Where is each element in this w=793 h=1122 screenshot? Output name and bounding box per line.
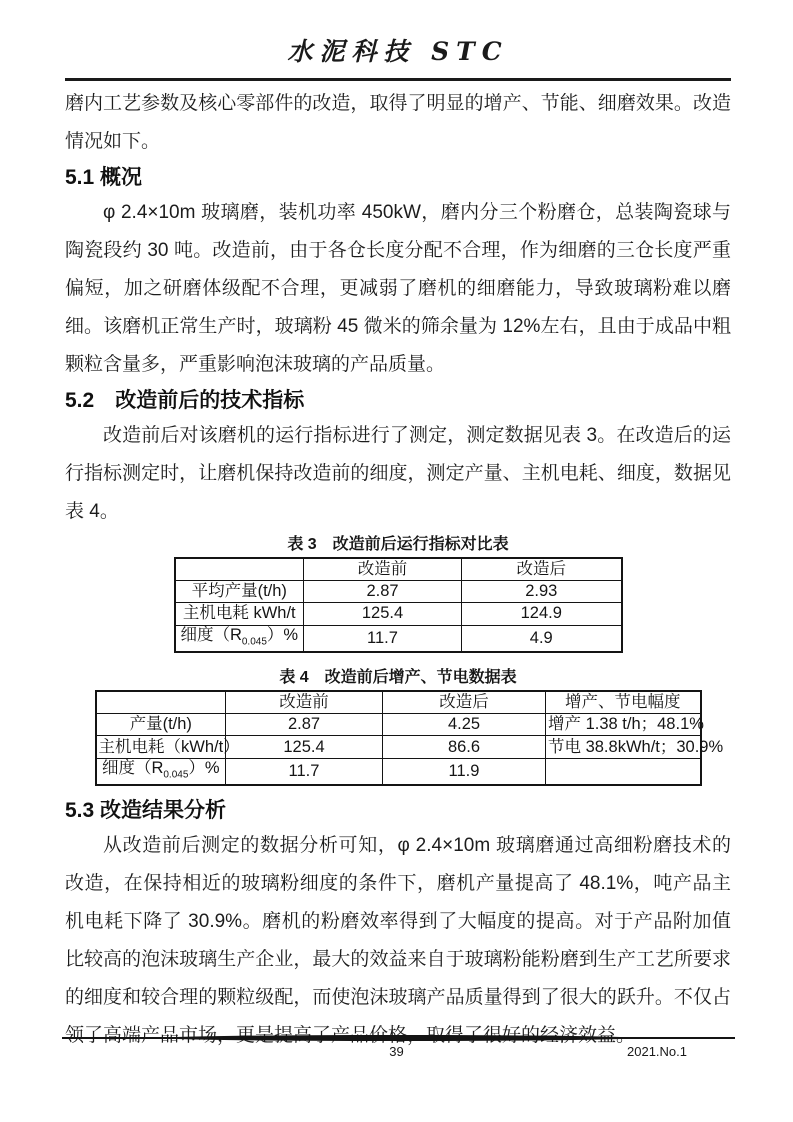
table4-header-before: 改造前 (226, 691, 383, 714)
journal-page: 水泥科技 STC 磨内工艺参数及核心零部件的改造，取得了明显的增产、节能、细磨效… (0, 0, 793, 1122)
table4-row-label: 产量(t/h) (96, 713, 226, 736)
table3-caption: 表 3 改造前后运行指标对比表 (65, 534, 731, 556)
footer-divider-lens (163, 1035, 634, 1041)
table3-row-label: 主机电耗 kWh/t (175, 603, 304, 626)
fineness-label-post: ）% (267, 626, 298, 644)
table-cell: 2.93 (462, 580, 622, 603)
table-row: 细度（R0.045）% 11.7 4.9 (175, 625, 622, 652)
intro-paragraph: 磨内工艺参数及核心零部件的改造，取得了明显的增产、节能、细磨效果。改造情况如下。 (65, 85, 731, 161)
table3-row-label-fineness: 细度（R0.045）% (175, 625, 304, 652)
section-5-1-paragraph: φ 2.4×10m 玻璃磨，装机功率 450kW，磨内分三个粉磨仓，总装陶瓷球与… (65, 194, 731, 384)
table-cell: 124.9 (462, 603, 622, 626)
table-row: 改造前 改造后 增产、节电幅度 (96, 691, 701, 714)
table4-header-after: 改造后 (383, 691, 546, 714)
section-heading-5-3: 5.3 改造结果分析 (65, 794, 731, 827)
table-cell: 11.7 (226, 758, 383, 785)
table4-corner-cell (96, 691, 226, 714)
table-row: 主机电耗 kWh/t 125.4 124.9 (175, 603, 622, 626)
table3-corner-cell (175, 558, 304, 581)
table3-indicators-comparison: 改造前 改造后 平均产量(t/h) 2.87 2.93 主机电耗 kWh/t 1… (174, 557, 623, 653)
table-cell: 125.4 (304, 603, 462, 626)
section-5-2-paragraph: 改造前后对该磨机的运行指标进行了测定，测定数据见表 3。在改造后的运行指标测定时… (65, 417, 731, 531)
fineness-label-subscript: 0.045 (242, 636, 267, 647)
table-row: 平均产量(t/h) 2.87 2.93 (175, 580, 622, 603)
table-cell: 125.4 (226, 736, 383, 759)
table-cell: 4.25 (383, 713, 546, 736)
table-row: 改造前 改造后 (175, 558, 622, 581)
table-cell: 增产 1.38 t/h；48.1% (546, 713, 701, 736)
table4-caption: 表 4 改造前后增产、节电数据表 (65, 667, 731, 689)
table-cell: 11.7 (304, 625, 462, 652)
fineness-label-pre: 细度（R (102, 759, 163, 777)
section-5-3-paragraph: 从改造前后测定的数据分析可知，φ 2.4×10m 玻璃磨通过高细粉磨技术的改造，… (65, 827, 731, 1055)
table-cell: 4.9 (462, 625, 622, 652)
page-footer: 39 2021.No.1 (62, 1044, 731, 1064)
table4-row-label-fineness: 细度（R0.045）% (96, 758, 226, 785)
section-heading-5-1: 5.1 概况 (65, 161, 731, 194)
table-cell: 2.87 (226, 713, 383, 736)
page-content: 水泥科技 STC 磨内工艺参数及核心零部件的改造，取得了明显的增产、节能、细磨效… (0, 0, 793, 1055)
issue-number: 2021.No.1 (627, 1044, 687, 1059)
table-cell: 86.6 (383, 736, 546, 759)
journal-title: 水泥科技 STC (65, 36, 731, 68)
table3-header-after: 改造后 (462, 558, 622, 581)
table-cell: 11.9 (383, 758, 546, 785)
table4-row-label: 主机电耗（kWh/t） (96, 736, 226, 759)
table-row: 细度（R0.045）% 11.7 11.9 (96, 758, 701, 785)
footer-divider (62, 1035, 735, 1041)
table3-header-before: 改造前 (304, 558, 462, 581)
fineness-label-pre: 细度（R (180, 626, 241, 644)
table-row: 产量(t/h) 2.87 4.25 增产 1.38 t/h；48.1% (96, 713, 701, 736)
table-row: 主机电耗（kWh/t） 125.4 86.6 节电 38.8kWh/t；30.9… (96, 736, 701, 759)
fineness-label-post: ）% (188, 759, 219, 777)
table-cell (546, 758, 701, 785)
table4-gain-saving-data: 改造前 改造后 增产、节电幅度 产量(t/h) 2.87 4.25 增产 1.3… (95, 690, 702, 786)
fineness-label-subscript: 0.045 (163, 769, 188, 780)
section-heading-5-2: 5.2 改造前后的技术指标 (65, 384, 731, 417)
table-cell: 节电 38.8kWh/t；30.9% (546, 736, 701, 759)
table-cell: 2.87 (304, 580, 462, 603)
header-divider (65, 78, 731, 81)
table3-row-label: 平均产量(t/h) (175, 580, 304, 603)
table4-header-gain: 增产、节电幅度 (546, 691, 701, 714)
